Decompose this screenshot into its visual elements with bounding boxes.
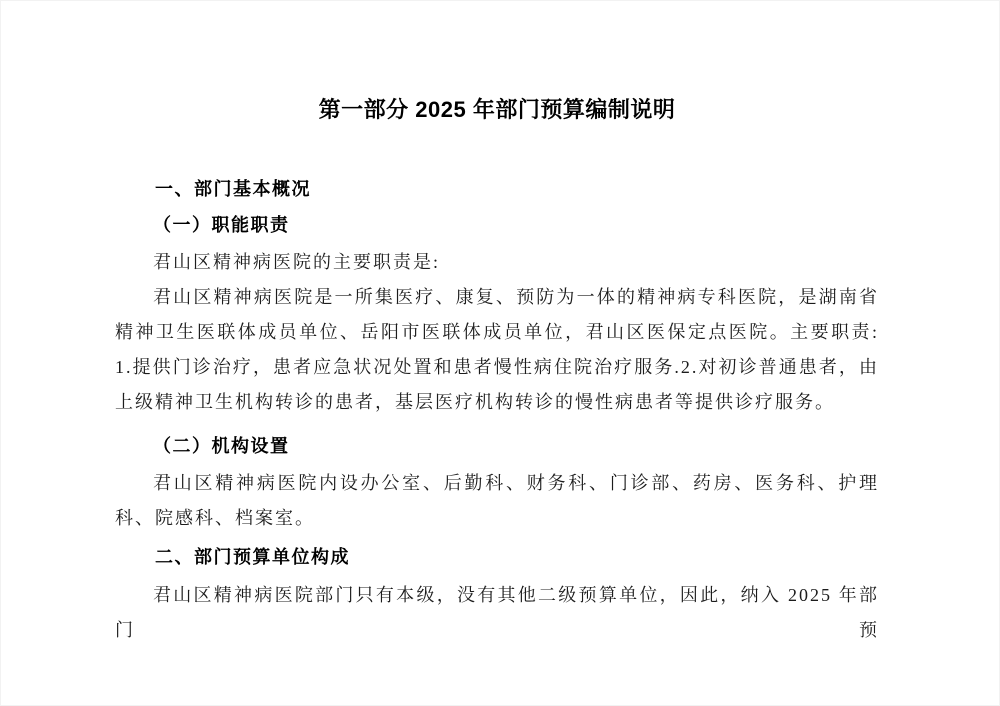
paragraph-duties-main: 君山区精神病医院是一所集医疗、康复、预防为一体的精神病专科医院，是湖南省精神卫生…	[115, 280, 879, 420]
paragraph-organization: 君山区精神病医院内设办公室、后勤科、财务科、门诊部、药房、医务科、护理科、院感科…	[115, 466, 879, 536]
paragraph-duties-intro: 君山区精神病医院的主要职责是:	[115, 245, 879, 280]
document-content: 第一部分 2025 年部门预算编制说明 一、部门基本概况 （一）职能职责 君山区…	[1, 1, 999, 648]
subsection-heading-duties: （一）职能职责	[115, 213, 879, 237]
section-heading-basic-overview: 一、部门基本概况	[115, 178, 879, 200]
paragraph-budget-units: 君山区精神病医院部门只有本级，没有其他二级预算单位，因此，纳入 2025 年部门…	[115, 578, 879, 648]
section-heading-budget-units: 二、部门预算单位构成	[115, 546, 879, 568]
subsection-heading-organization: （二）机构设置	[115, 434, 879, 458]
document-title: 第一部分 2025 年部门预算编制说明	[115, 97, 879, 123]
document-page: 第一部分 2025 年部门预算编制说明 一、部门基本概况 （一）职能职责 君山区…	[0, 0, 1000, 706]
